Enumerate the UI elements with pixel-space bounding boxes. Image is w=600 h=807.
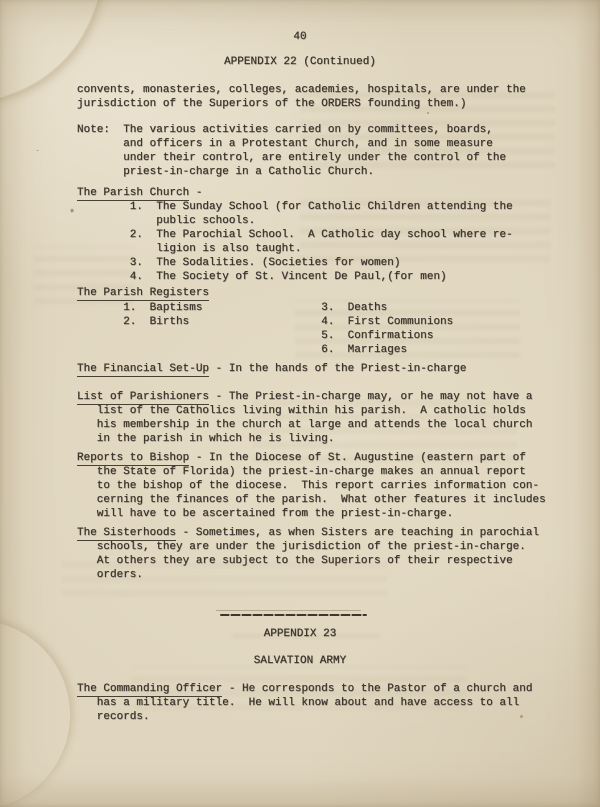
reports-to-bishop-title: Reports to Bishop bbox=[77, 452, 189, 466]
financial-setup-section: The Financial Set-Up - In the hands of t… bbox=[77, 362, 466, 376]
commanding-officer-title: The Commanding Officer bbox=[77, 683, 222, 697]
margin-asterisk-mark: * bbox=[69, 208, 75, 222]
divider-line-faint bbox=[216, 610, 361, 611]
parish-registers-title: The Parish Registers bbox=[77, 287, 209, 301]
divider-line-typed bbox=[220, 614, 367, 616]
parish-church-title: The Parish Church bbox=[77, 187, 189, 201]
reports-to-bishop-section: Reports to Bishop - In the Diocese of St… bbox=[77, 451, 546, 521]
list-of-parishioners-title: List of Parishioners bbox=[77, 391, 209, 405]
paper-speck bbox=[427, 112, 429, 114]
financial-setup-title: The Financial Set-Up bbox=[77, 363, 209, 377]
commanding-officer-section: The Commanding Officer - He corresponds … bbox=[77, 682, 533, 724]
list-of-parishioners-section: List of Parishioners - The Priest-in-cha… bbox=[77, 390, 532, 446]
appendix-22-heading: APPENDIX 22 (Continued) bbox=[0, 55, 600, 69]
financial-setup-body: - In the hands of the Priest-in-charge bbox=[209, 363, 466, 375]
paper-speck bbox=[36, 150, 39, 151]
parish-church-heading: The Parish Church - bbox=[77, 186, 202, 200]
document-page: 40 APPENDIX 22 (Continued) convents, mon… bbox=[0, 0, 600, 807]
note-paragraph: Note: The various activities carried on … bbox=[77, 123, 506, 179]
sisterhoods-section: The Sisterhoods - Sometimes, as when Sis… bbox=[77, 526, 539, 582]
page-number: 40 bbox=[0, 30, 600, 44]
parish-registers-heading: The Parish Registers bbox=[77, 286, 209, 300]
sisterhoods-title: The Sisterhoods bbox=[77, 527, 176, 541]
paper-crease-bottom-left bbox=[0, 620, 70, 807]
salvation-army-heading: SALVATION ARMY bbox=[0, 654, 600, 668]
parish-registers-list: 1. Baptisms 3. Deaths 2. Births 4. First… bbox=[77, 301, 453, 357]
parish-church-list: 1. The Sunday School (for Catholic Child… bbox=[77, 200, 513, 284]
intro-paragraph: convents, monasteries, colleges, academi… bbox=[77, 83, 526, 111]
parish-church-title-suffix: - bbox=[189, 187, 202, 199]
appendix-23-heading: APPENDIX 23 bbox=[0, 627, 600, 641]
